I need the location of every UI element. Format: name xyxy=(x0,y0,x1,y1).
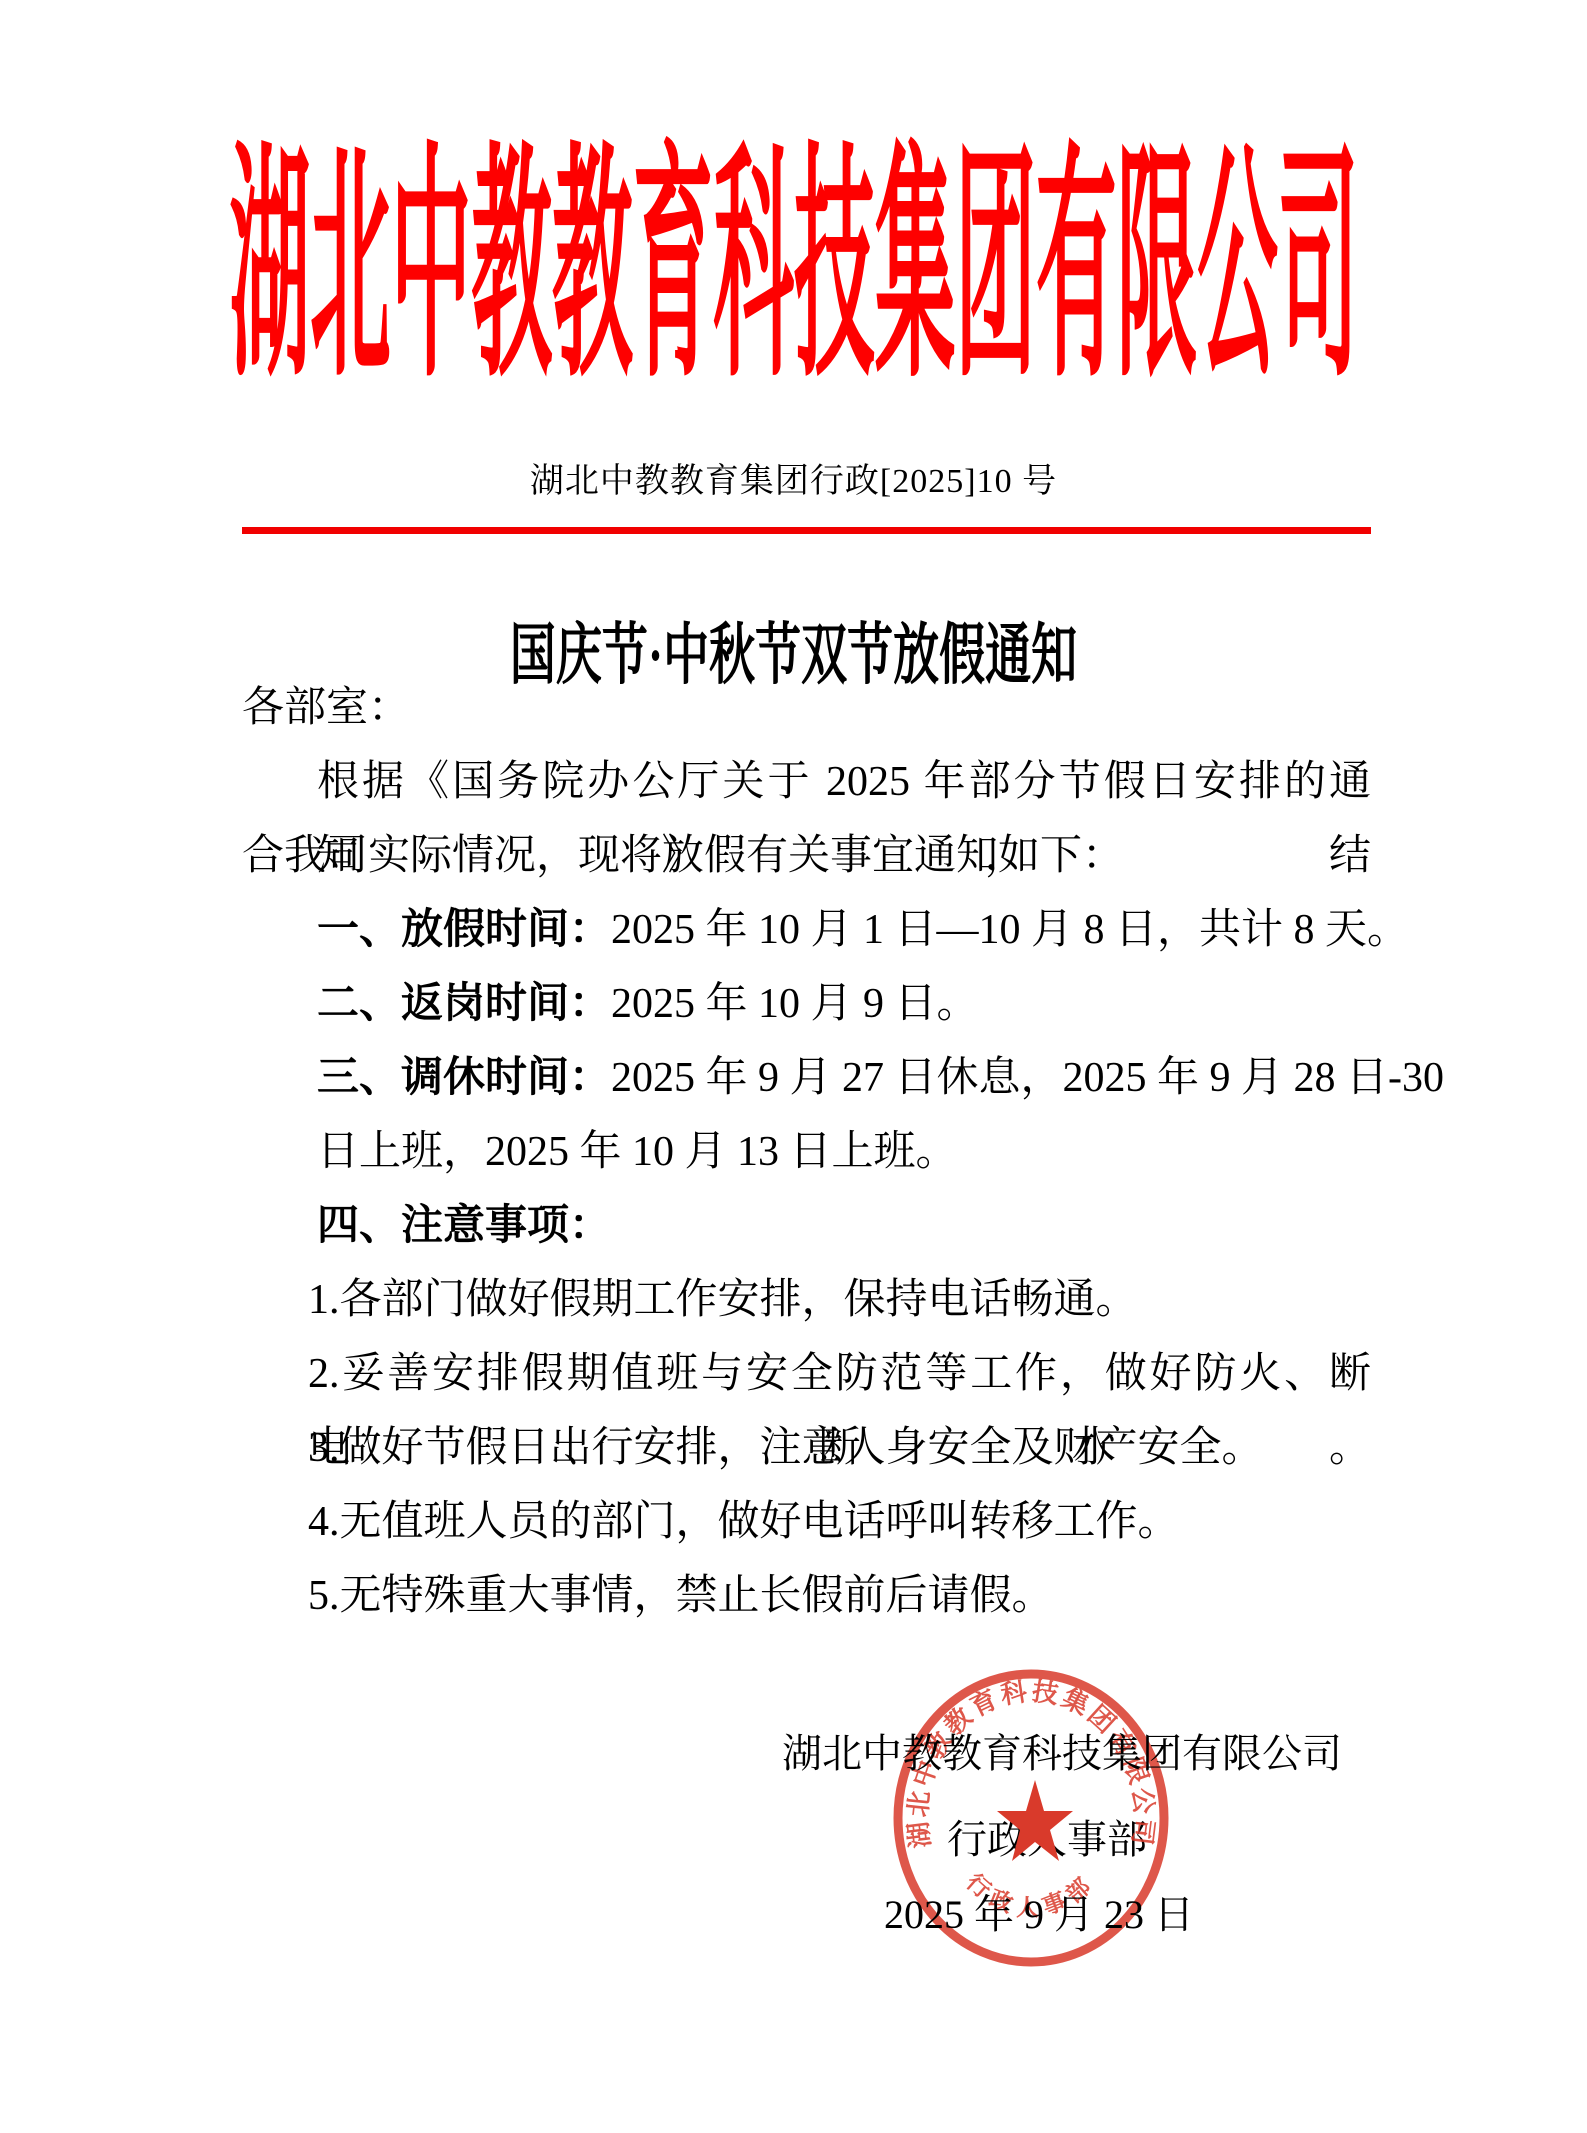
note-item-1: 1.各部门做好假期工作安排，保持电话畅通。 xyxy=(242,1263,1371,1337)
section-swap-time-cont: 日上班，2025 年 10 月 13 日上班。 xyxy=(242,1115,1371,1189)
note-item-3: 3.做好节假日出行安排，注意人身安全及财产安全。 xyxy=(242,1411,1371,1485)
section-label: 一、放假时间： xyxy=(317,907,611,953)
section-label: 二、返岗时间： xyxy=(317,981,611,1027)
notice-body: 各部室： 根据《国务院办公厅关于 2025 年部分节假日安排的通知》，结 合我司… xyxy=(242,671,1371,1633)
section-return-time: 二、返岗时间：2025 年 10 月 9 日。 xyxy=(242,967,1371,1041)
intro-line-1: 根据《国务院办公厅关于 2025 年部分节假日安排的通知》，结 xyxy=(242,745,1371,819)
section-swap-time: 三、调休时间：2025 年 9 月 27 日休息，2025 年 9 月 28 日… xyxy=(242,1041,1371,1115)
notice-document-page: 湖北中教教育科技集团有限公司 湖北中教教育集团行政[2025]10 号 国庆节·… xyxy=(0,0,1587,2133)
company-letterhead-text: 湖北中教教育科技集团有限公司 xyxy=(229,144,1358,394)
document-number: 湖北中教教育集团行政[2025]10 号 xyxy=(0,458,1587,506)
section-cautions: 四、注意事项： xyxy=(242,1189,1371,1263)
signature-company: 湖北中教教育科技集团有限公司 xyxy=(782,1732,1342,1776)
company-letterhead: 湖北中教教育科技集团有限公司 xyxy=(0,144,1587,394)
red-divider-rule xyxy=(242,527,1371,534)
section-label: 三、调休时间： xyxy=(317,1055,611,1101)
signature-date: 2025 年 9 月 23 日 xyxy=(884,1893,1194,1937)
seal-star-icon xyxy=(997,1780,1073,1861)
section-label: 四、注意事项： xyxy=(317,1203,611,1249)
section-text: 2025 年 10 月 1 日—10 月 8 日，共计 8 天。 xyxy=(611,907,1409,953)
section-text: 2025 年 9 月 27 日休息，2025 年 9 月 28 日-30 xyxy=(611,1055,1444,1101)
section-text: 2025 年 10 月 9 日。 xyxy=(611,981,979,1027)
section-holiday-time: 一、放假时间：2025 年 10 月 1 日—10 月 8 日，共计 8 天。 xyxy=(242,893,1371,967)
section-text: 日上班，2025 年 10 月 13 日上班。 xyxy=(317,1129,958,1175)
note-item-2: 2.妥善安排假期值班与安全防范等工作，做好防火、断电、断水。 xyxy=(242,1337,1371,1411)
note-item-4: 4.无值班人员的部门，做好电话呼叫转移工作。 xyxy=(242,1485,1371,1559)
salutation: 各部室： xyxy=(242,671,1371,745)
note-item-5: 5.无特殊重大事情，禁止长假前后请假。 xyxy=(242,1559,1371,1633)
